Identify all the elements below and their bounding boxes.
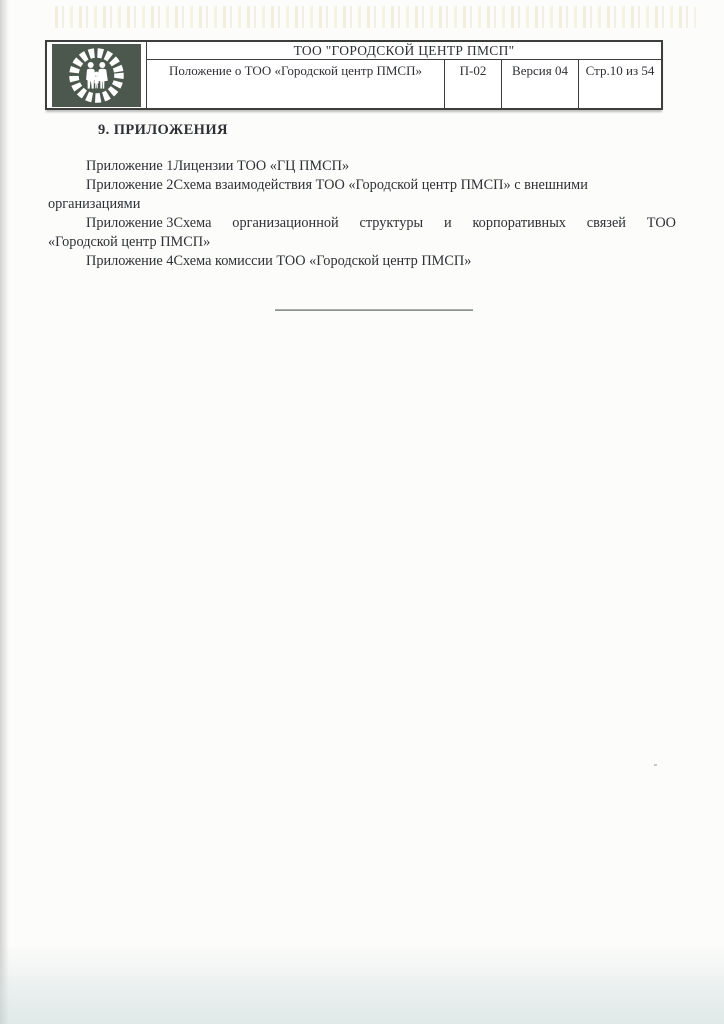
appendix-label: Приложение 3 <box>86 214 173 233</box>
scan-speck <box>654 764 657 766</box>
org-logo <box>47 42 147 108</box>
appendix-description-continuation: «Городской центр ПМСП» <box>48 233 676 252</box>
org-title: ТОО "ГОРОДСКОЙ ЦЕНТР ПМСП" <box>147 42 661 60</box>
appendix-entry: Приложение 1 Лицензии ТОО «ГЦ ПМСП» <box>48 157 676 176</box>
appendix-description: Схема комиссии ТОО «Городской центр ПМСП… <box>173 252 676 271</box>
scan-artifact-bottom-wash <box>0 944 724 1024</box>
scan-edge-shadow-left <box>0 0 9 1024</box>
page-number-cell: Стр.10 из 54 <box>579 60 661 108</box>
scanned-document-page: { "header": { "org_title": "ТОО \"ГОРОДС… <box>0 0 724 1024</box>
appendix-label: Приложение 2 <box>86 176 173 195</box>
document-body: 9. ПРИЛОЖЕНИЯ Приложение 1 Лицензии ТОО … <box>48 121 676 271</box>
document-header-table: ТОО "ГОРОДСКОЙ ЦЕНТР ПМСП" Положение о Т… <box>45 40 663 110</box>
family-emblem-icon <box>52 44 141 107</box>
appendix-description: Лицензии ТОО «ГЦ ПМСП» <box>173 157 676 176</box>
doc-title-cell: Положение о ТОО «Городской центр ПМСП» <box>147 60 445 108</box>
appendix-entry: Приложение 3 Схема организационной струк… <box>48 214 676 252</box>
appendix-entry: Приложение 4 Схема комиссии ТОО «Городск… <box>48 252 676 271</box>
version-cell: Версия 04 <box>502 60 579 108</box>
section-heading: 9. ПРИЛОЖЕНИЯ <box>98 121 676 140</box>
separator-line <box>275 309 473 311</box>
scan-artifact-right-line <box>710 4 712 32</box>
appendices-list: Приложение 1 Лицензии ТОО «ГЦ ПМСП» Прил… <box>48 157 676 271</box>
scan-artifact-top-band <box>55 6 696 28</box>
appendix-description: Схема взаимодействия ТОО «Городской цент… <box>173 176 676 195</box>
appendix-entry: Приложение 2 Схема взаимодействия ТОО «Г… <box>48 176 676 214</box>
appendix-description: Схема организационной структуры и корпор… <box>173 214 676 233</box>
doc-code-cell: П-02 <box>445 60 502 108</box>
appendix-description-continuation: организациями <box>48 195 676 214</box>
appendix-label: Приложение 4 <box>86 252 173 271</box>
appendix-label: Приложение 1 <box>86 157 173 176</box>
